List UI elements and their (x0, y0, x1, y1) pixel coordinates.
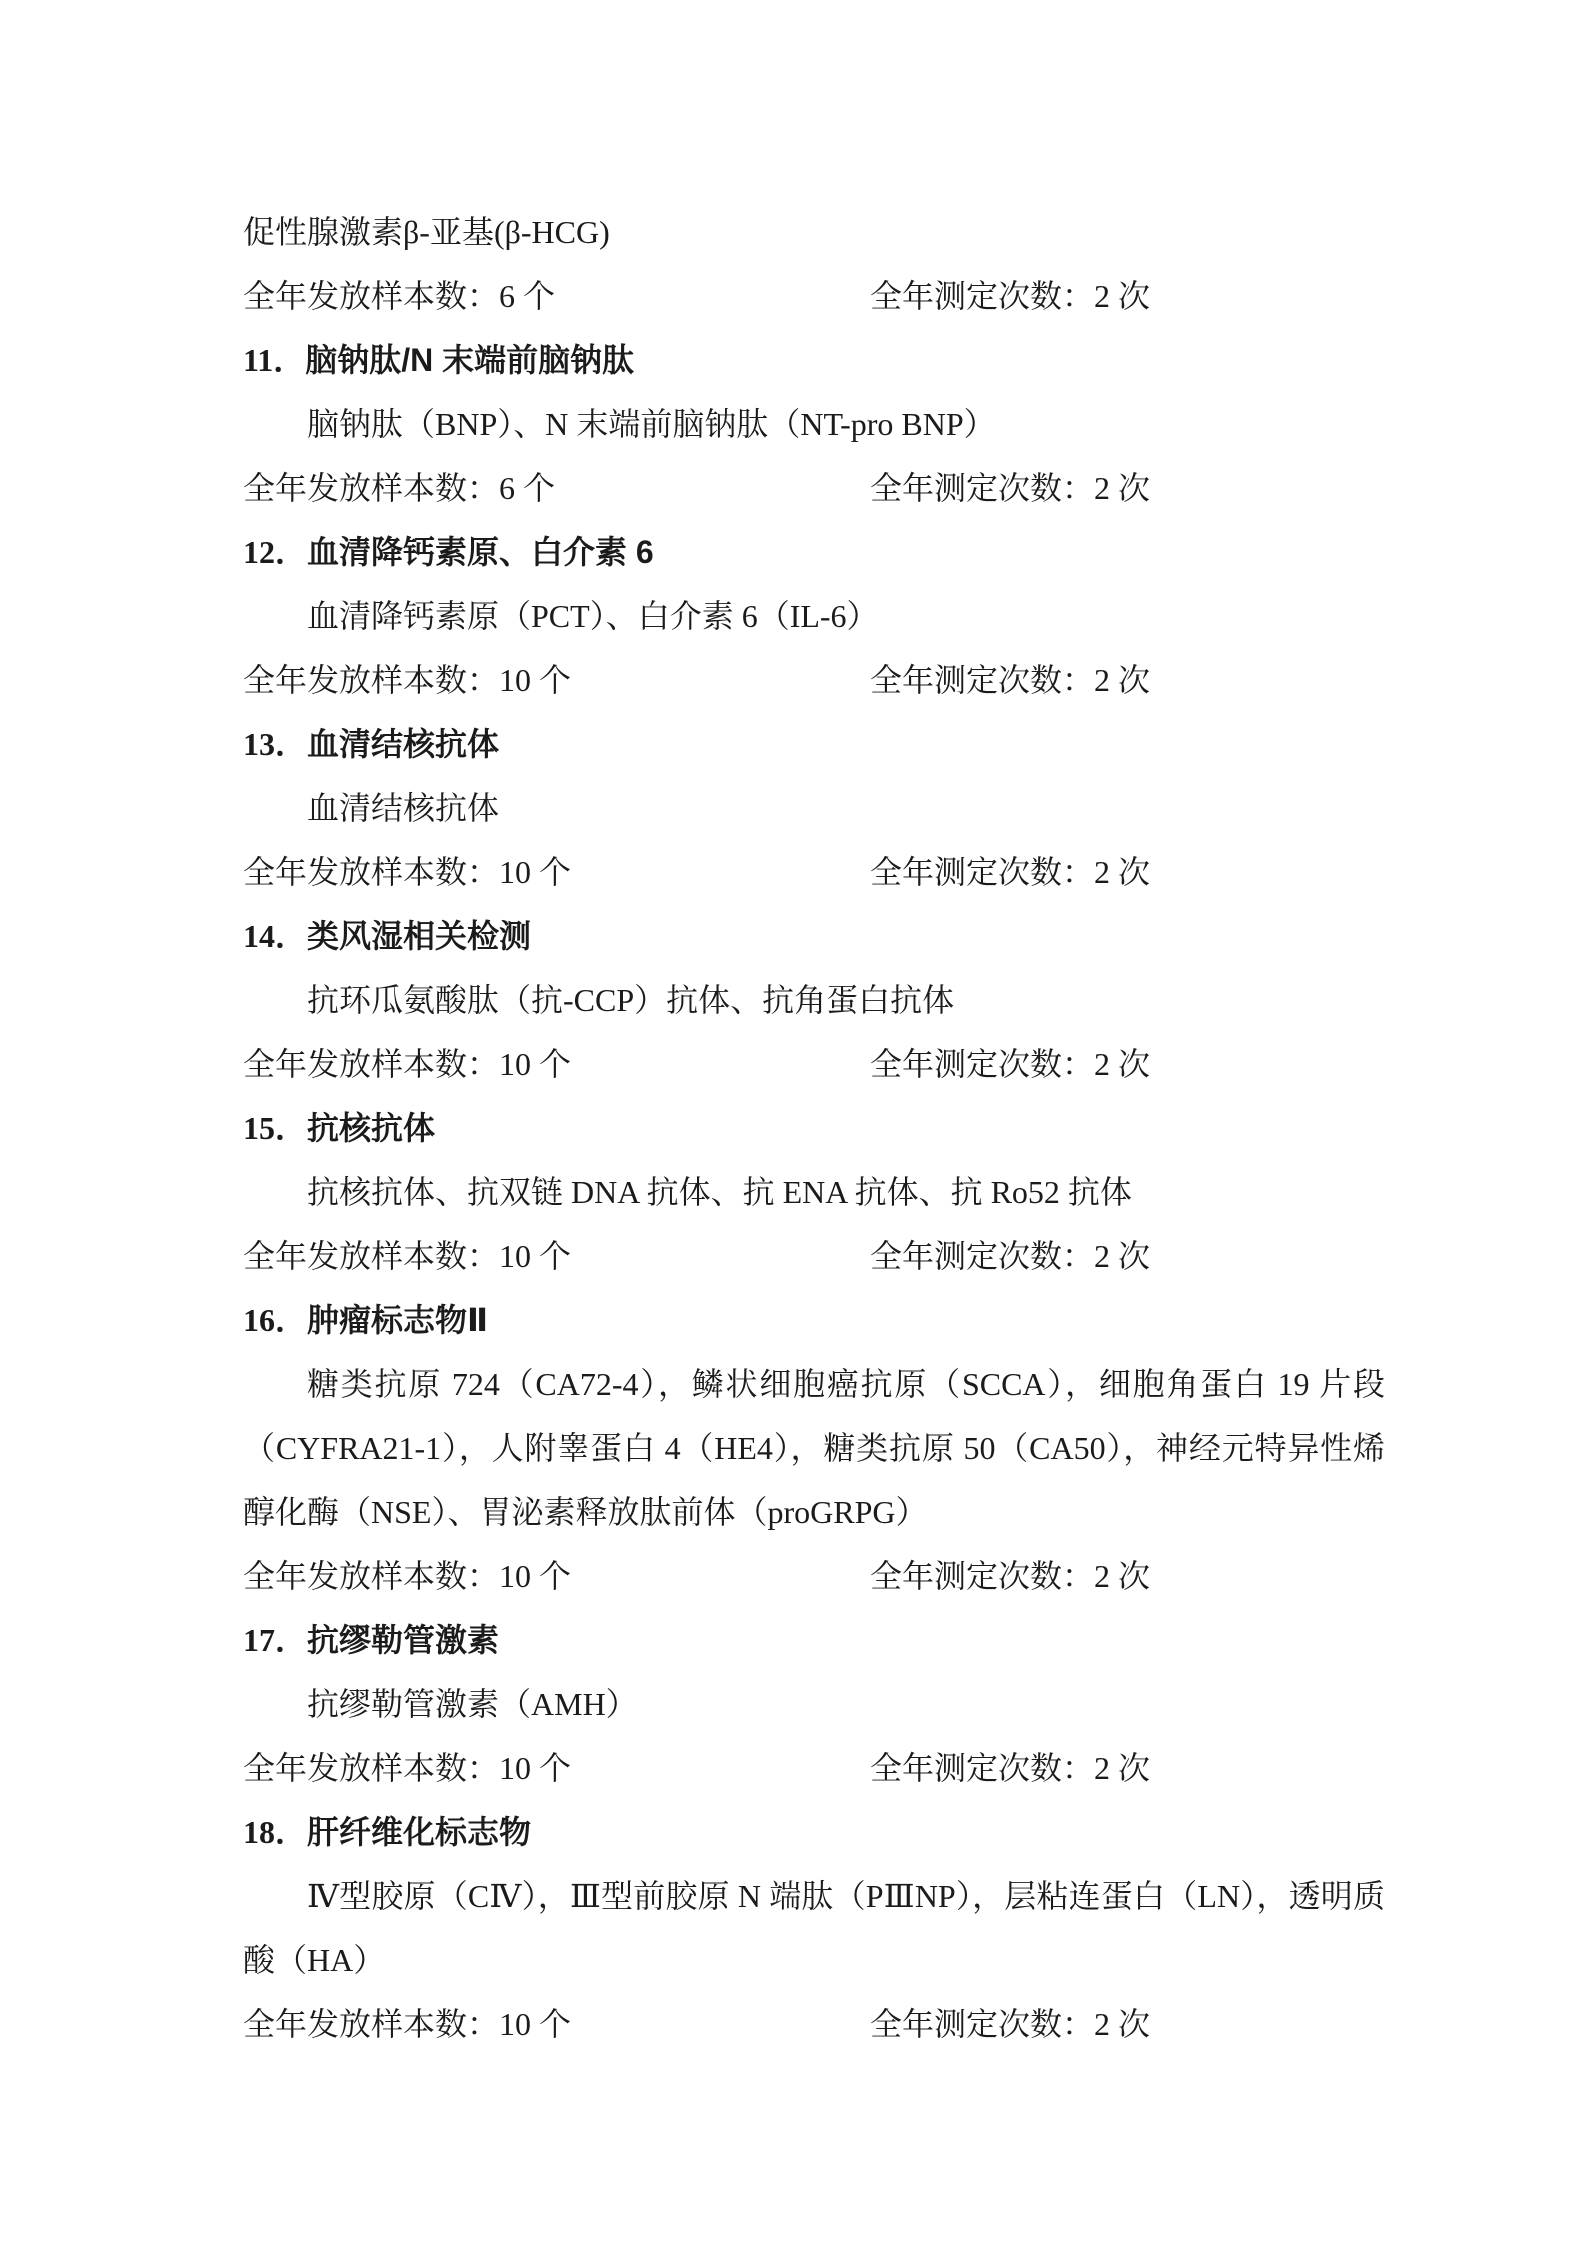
stats-row: 全年发放样本数：10 个 全年测定次数：2 次 (243, 648, 1385, 712)
section-heading: 16．肿瘤标志物Ⅱ (243, 1288, 1385, 1352)
stats-row: 全年发放样本数：6 个 全年测定次数：2 次 (243, 456, 1385, 520)
section-heading: 14．类风湿相关检测 (243, 904, 1385, 968)
samples-count-label: 全年发放样本数：10 个 (243, 662, 571, 698)
item-detail-line: 血清结核抗体 (243, 776, 1385, 840)
test-item-sections: 11．脑钠肽/N 末端前脑钠肽 脑钠肽（BNP）、N 末端前脑钠肽（NT-pro… (243, 328, 1385, 2056)
section-number: 14． (243, 918, 307, 954)
samples-count-label: 全年发放样本数：6 个 (243, 470, 555, 506)
section-heading: 13．血清结核抗体 (243, 712, 1385, 776)
section-title: 抗核抗体 (307, 1110, 435, 1146)
times-count-label: 全年测定次数：2 次 (870, 1736, 1150, 1800)
document-content: 促性腺激素β-亚基(β-HCG) 全年发放样本数：6 个 全年测定次数：2 次 … (243, 200, 1385, 2056)
samples-count-label: 全年发放样本数：10 个 (243, 1046, 571, 1082)
stats-row: 全年发放样本数：10 个 全年测定次数：2 次 (243, 840, 1385, 904)
times-count-label: 全年测定次数：2 次 (870, 1992, 1150, 2056)
document-page: 促性腺激素β-亚基(β-HCG) 全年发放样本数：6 个 全年测定次数：2 次 … (0, 0, 1587, 2245)
section-details: 抗核抗体、抗双链 DNA 抗体、抗 ENA 抗体、抗 Ro52 抗体 (243, 1160, 1385, 1224)
item-detail-line: 酸（HA） (243, 1928, 1385, 1992)
section-number: 13． (243, 726, 307, 762)
section-title: 血清结核抗体 (307, 726, 499, 762)
section-number: 17． (243, 1622, 307, 1658)
samples-count-label: 全年发放样本数：6 个 (243, 278, 555, 314)
test-item-section: 11．脑钠肽/N 末端前脑钠肽 脑钠肽（BNP）、N 末端前脑钠肽（NT-pro… (243, 328, 1385, 520)
test-item-section: 17．抗缪勒管激素 抗缪勒管激素（AMH） 全年发放样本数：10 个 全年测定次… (243, 1608, 1385, 1800)
section-heading: 18．肝纤维化标志物 (243, 1800, 1385, 1864)
test-item-section: 14．类风湿相关检测 抗环瓜氨酸肽（抗-CCP）抗体、抗角蛋白抗体 全年发放样本… (243, 904, 1385, 1096)
stats-row: 全年发放样本数：10 个 全年测定次数：2 次 (243, 1992, 1385, 2056)
section-heading: 17．抗缪勒管激素 (243, 1608, 1385, 1672)
times-count-label: 全年测定次数：2 次 (870, 1032, 1150, 1096)
item-detail-line: 醇化酶（NSE）、胃泌素释放肽前体（proGRPG） (243, 1480, 1385, 1544)
item-detail-line: （CYFRA21-1），人附睾蛋白 4（HE4），糖类抗原 50（CA50），神… (243, 1416, 1385, 1480)
times-count-label: 全年测定次数：2 次 (870, 1224, 1150, 1288)
item-detail-line: 脑钠肽（BNP）、N 末端前脑钠肽（NT-pro BNP） (243, 392, 1385, 456)
test-item-section: 12．血清降钙素原、白介素 6 血清降钙素原（PCT）、白介素 6（IL-6） … (243, 520, 1385, 712)
samples-count-label: 全年发放样本数：10 个 (243, 1750, 571, 1786)
section-details: 血清降钙素原（PCT）、白介素 6（IL-6） (243, 584, 1385, 648)
section-number: 12． (243, 534, 307, 570)
section-details: 糖类抗原 724（CA72-4），鳞状细胞癌抗原（SCCA），细胞角蛋白 19 … (243, 1352, 1385, 1544)
stats-row: 全年发放样本数：10 个 全年测定次数：2 次 (243, 1224, 1385, 1288)
item-detail-line: 抗核抗体、抗双链 DNA 抗体、抗 ENA 抗体、抗 Ro52 抗体 (243, 1160, 1385, 1224)
samples-count-label: 全年发放样本数：10 个 (243, 854, 571, 890)
section-heading: 12．血清降钙素原、白介素 6 (243, 520, 1385, 584)
stats-row: 全年发放样本数：6 个 全年测定次数：2 次 (243, 264, 1385, 328)
stats-row: 全年发放样本数：10 个 全年测定次数：2 次 (243, 1736, 1385, 1800)
test-item-section: 15．抗核抗体 抗核抗体、抗双链 DNA 抗体、抗 ENA 抗体、抗 Ro52 … (243, 1096, 1385, 1288)
section-details: 脑钠肽（BNP）、N 末端前脑钠肽（NT-pro BNP） (243, 392, 1385, 456)
times-count-label: 全年测定次数：2 次 (870, 840, 1150, 904)
section-number: 16． (243, 1302, 307, 1338)
item-detail-line: 抗环瓜氨酸肽（抗-CCP）抗体、抗角蛋白抗体 (243, 968, 1385, 1032)
samples-count-label: 全年发放样本数：10 个 (243, 2006, 571, 2042)
item-detail-line: 糖类抗原 724（CA72-4），鳞状细胞癌抗原（SCCA），细胞角蛋白 19 … (243, 1352, 1385, 1416)
test-item-section: 13．血清结核抗体 血清结核抗体 全年发放样本数：10 个 全年测定次数：2 次 (243, 712, 1385, 904)
item-detail-line: Ⅳ型胶原（CⅣ），Ⅲ型前胶原 N 端肽（PⅢNP），层粘连蛋白（LN），透明质 (243, 1864, 1385, 1928)
section-heading: 11．脑钠肽/N 末端前脑钠肽 (243, 328, 1385, 392)
times-count-label: 全年测定次数：2 次 (870, 456, 1150, 520)
section-title: 脑钠肽/N 末端前脑钠肽 (305, 342, 634, 378)
section-title: 肿瘤标志物Ⅱ (307, 1302, 488, 1338)
section-number: 18． (243, 1814, 307, 1850)
samples-count-label: 全年发放样本数：10 个 (243, 1558, 571, 1594)
section-details: 血清结核抗体 (243, 776, 1385, 840)
item-detail-line: 血清降钙素原（PCT）、白介素 6（IL-6） (243, 584, 1385, 648)
section-details: Ⅳ型胶原（CⅣ），Ⅲ型前胶原 N 端肽（PⅢNP），层粘连蛋白（LN），透明质酸… (243, 1864, 1385, 1992)
section-details: 抗环瓜氨酸肽（抗-CCP）抗体、抗角蛋白抗体 (243, 968, 1385, 1032)
times-count-label: 全年测定次数：2 次 (870, 1544, 1150, 1608)
section-title: 血清降钙素原、白介素 6 (307, 534, 654, 570)
section-title: 肝纤维化标志物 (307, 1814, 531, 1850)
samples-count-label: 全年发放样本数：10 个 (243, 1238, 571, 1274)
section-number: 11． (243, 342, 305, 378)
section-number: 15． (243, 1110, 307, 1146)
stats-row: 全年发放样本数：10 个 全年测定次数：2 次 (243, 1032, 1385, 1096)
section-title: 抗缪勒管激素 (307, 1622, 499, 1658)
section-title: 类风湿相关检测 (307, 918, 531, 954)
times-count-label: 全年测定次数：2 次 (870, 264, 1150, 328)
test-item-section: 16．肿瘤标志物Ⅱ 糖类抗原 724（CA72-4），鳞状细胞癌抗原（SCCA）… (243, 1288, 1385, 1608)
section-heading: 15．抗核抗体 (243, 1096, 1385, 1160)
section-details: 抗缪勒管激素（AMH） (243, 1672, 1385, 1736)
test-item-section: 18．肝纤维化标志物 Ⅳ型胶原（CⅣ），Ⅲ型前胶原 N 端肽（PⅢNP），层粘连… (243, 1800, 1385, 2056)
lead-test-item: 促性腺激素β-亚基(β-HCG) 全年发放样本数：6 个 全年测定次数：2 次 (243, 200, 1385, 328)
item-detail-line: 促性腺激素β-亚基(β-HCG) (243, 200, 1385, 264)
item-detail-line: 抗缪勒管激素（AMH） (243, 1672, 1385, 1736)
stats-row: 全年发放样本数：10 个 全年测定次数：2 次 (243, 1544, 1385, 1608)
times-count-label: 全年测定次数：2 次 (870, 648, 1150, 712)
